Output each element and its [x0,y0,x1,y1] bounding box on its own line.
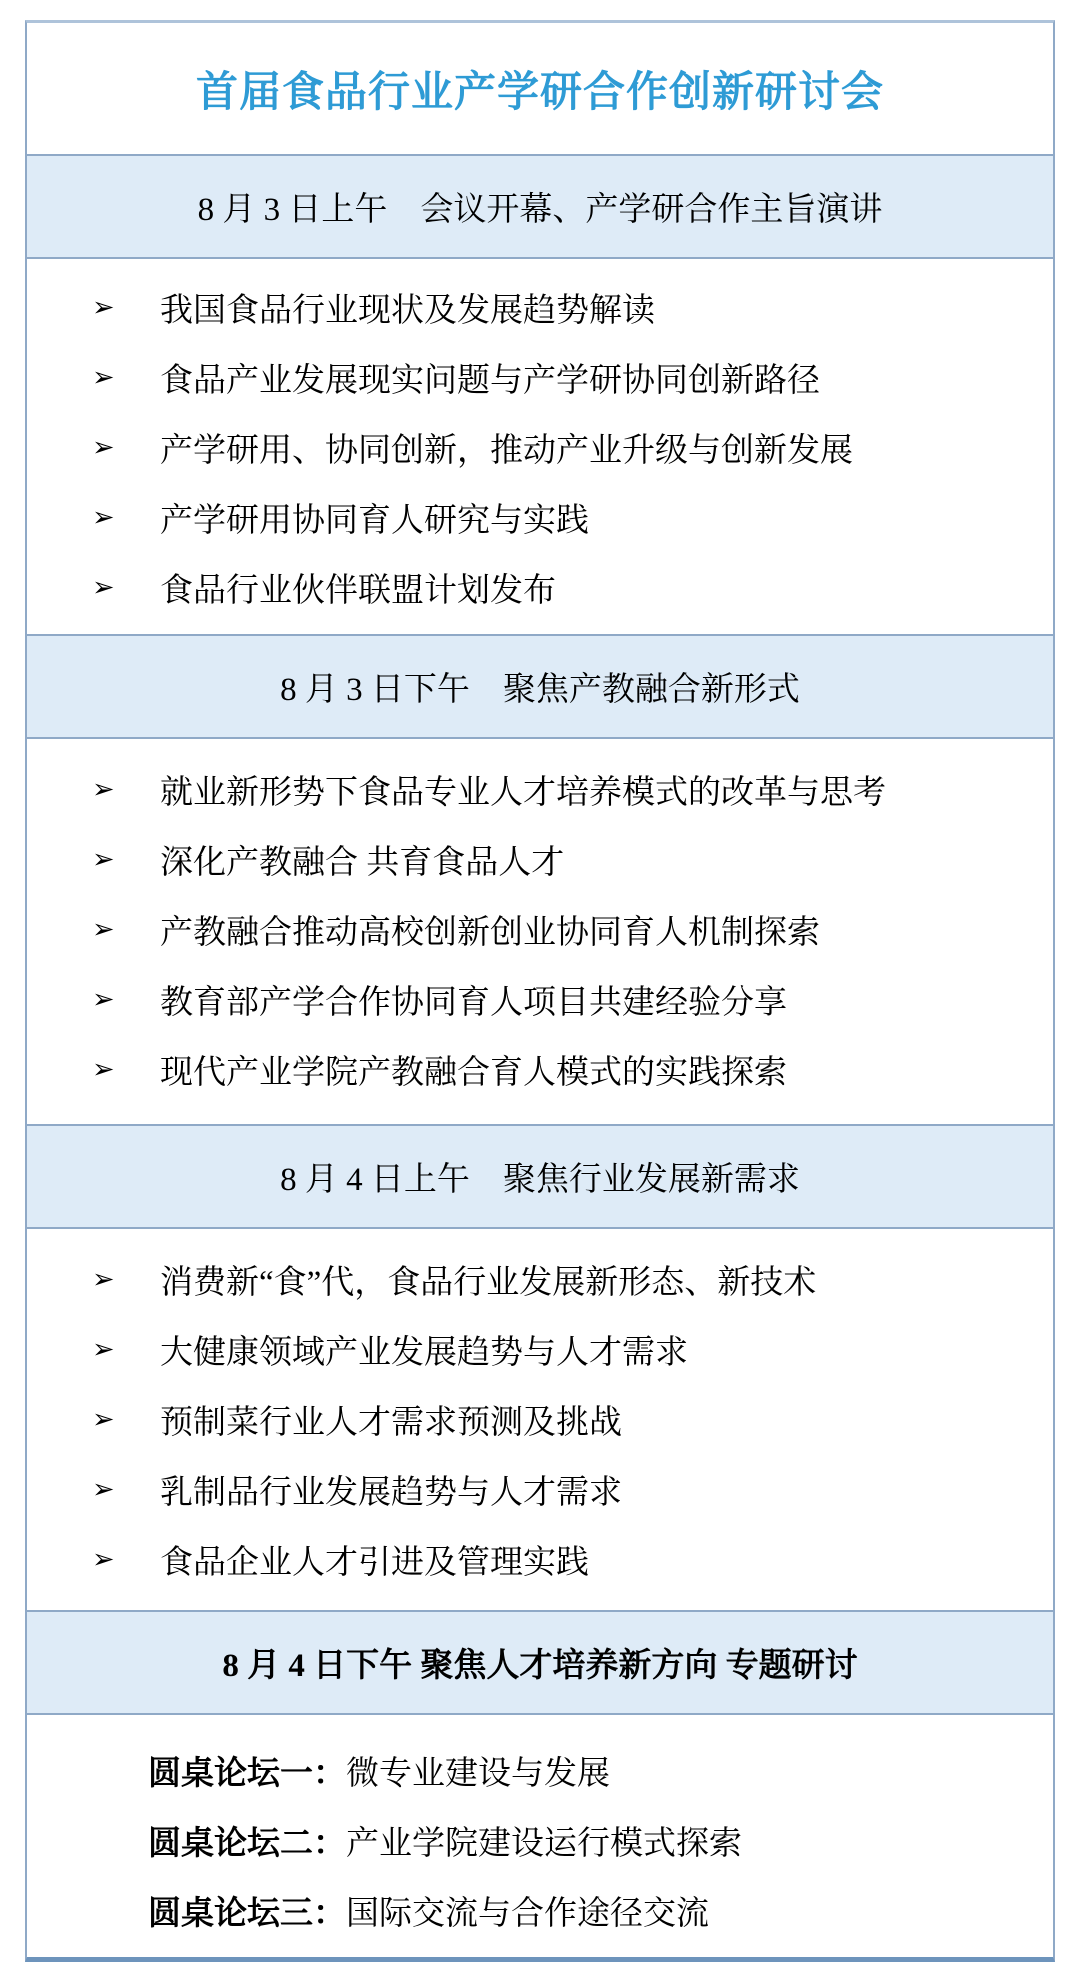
session-header-morning-aug4: 8 月 4 日上午 聚焦行业发展新需求 [27,1124,1053,1227]
arrowhead-bullet-icon: ➢ [92,1544,160,1575]
agenda-item: ➢现代产业学院产教融合育人模式的实践探索 [27,1034,1053,1104]
agenda-item: ➢就业新形势下食品专业人才培养模式的改革与思考 [27,754,1053,824]
agenda-item: ➢乳制品行业发展趋势与人才需求 [27,1454,1053,1524]
arrowhead-bullet-icon: ➢ [92,502,160,533]
forum-topic: 微专业建设与发展 [346,1747,610,1794]
agenda-item: ➢产学研用协同育人研究与实践 [27,482,1053,552]
agenda-item-text: 深化产教融合 共育食品人才 [160,836,564,883]
arrowhead-bullet-icon: ➢ [92,362,160,393]
session-header-morning-aug3: 8 月 3 日上午 会议开幕、产学研合作主旨演讲 [27,154,1053,257]
forum-item: 圆桌论坛一：微专业建设与发展 [27,1735,1053,1805]
arrowhead-bullet-icon: ➢ [92,914,160,945]
arrowhead-bullet-icon: ➢ [92,984,160,1015]
forum-item: 圆桌论坛三：国际交流与合作途径交流 [27,1875,1053,1945]
forum-list-aug4-afternoon: 圆桌论坛一：微专业建设与发展 圆桌论坛二：产业学院建设运行模式探索 圆桌论坛三：… [27,1713,1053,1957]
forum-label: 圆桌论坛三： [148,1887,346,1934]
agenda-item-text: 我国食品行业现状及发展趋势解读 [160,284,655,331]
agenda-item-text: 产教融合推动高校创新创业协同育人机制探索 [160,906,820,953]
agenda-item-text: 现代产业学院产教融合育人模式的实践探索 [160,1046,787,1093]
arrowhead-bullet-icon: ➢ [92,1334,160,1365]
arrowhead-bullet-icon: ➢ [92,432,160,463]
arrowhead-bullet-icon: ➢ [92,1474,160,1505]
arrowhead-bullet-icon: ➢ [92,774,160,805]
agenda-item: ➢食品企业人才引进及管理实践 [27,1524,1053,1594]
agenda-item-text: 就业新形势下食品专业人才培养模式的改革与思考 [160,766,886,813]
agenda-item: ➢大健康领域产业发展趋势与人才需求 [27,1314,1053,1384]
agenda-list-aug3-morning: ➢我国食品行业现状及发展趋势解读 ➢食品产业发展现实问题与产学研协同创新路径 ➢… [27,257,1053,634]
arrowhead-bullet-icon: ➢ [92,844,160,875]
agenda-item: ➢深化产教融合 共育食品人才 [27,824,1053,894]
agenda-item: ➢消费新“食”代，食品行业发展新形态、新技术 [27,1244,1053,1314]
agenda-item-text: 食品企业人才引进及管理实践 [160,1536,589,1583]
agenda-item: ➢教育部产学合作协同育人项目共建经验分享 [27,964,1053,1034]
agenda-item: ➢产教融合推动高校创新创业协同育人机制探索 [27,894,1053,964]
agenda-item-text: 产学研用、协同创新，推动产业升级与创新发展 [160,424,853,471]
forum-topic: 国际交流与合作途径交流 [346,1887,709,1934]
agenda-item: ➢产学研用、协同创新，推动产业升级与创新发展 [27,412,1053,482]
arrowhead-bullet-icon: ➢ [92,292,160,323]
forum-label: 圆桌论坛二： [148,1817,346,1864]
arrowhead-bullet-icon: ➢ [92,572,160,603]
agenda-item-text: 乳制品行业发展趋势与人才需求 [160,1466,622,1513]
arrowhead-bullet-icon: ➢ [92,1404,160,1435]
forum-item: 圆桌论坛二：产业学院建设运行模式探索 [27,1805,1053,1875]
agenda-item: ➢预制菜行业人才需求预测及挑战 [27,1384,1053,1454]
agenda-table: 首届食品行业产学研合作创新研讨会 8 月 3 日上午 会议开幕、产学研合作主旨演… [25,20,1055,1962]
agenda-item-text: 食品产业发展现实问题与产学研协同创新路径 [160,354,820,401]
agenda-item: ➢食品产业发展现实问题与产学研协同创新路径 [27,342,1053,412]
agenda-list-aug3-afternoon: ➢就业新形势下食品专业人才培养模式的改革与思考 ➢深化产教融合 共育食品人才 ➢… [27,737,1053,1124]
agenda-item-text: 大健康领域产业发展趋势与人才需求 [160,1326,688,1373]
session-header-afternoon-aug3: 8 月 3 日下午 聚焦产教融合新形式 [27,634,1053,737]
arrowhead-bullet-icon: ➢ [92,1264,160,1295]
agenda-item-text: 预制菜行业人才需求预测及挑战 [160,1396,622,1443]
document-page: 首届食品行业产学研合作创新研讨会 8 月 3 日上午 会议开幕、产学研合作主旨演… [0,0,1080,1976]
arrowhead-bullet-icon: ➢ [92,1054,160,1085]
forum-topic: 产业学院建设运行模式探索 [346,1817,742,1864]
agenda-item-text: 教育部产学合作协同育人项目共建经验分享 [160,976,787,1023]
agenda-item-text: 产学研用协同育人研究与实践 [160,494,589,541]
agenda-item-text: 食品行业伙伴联盟计划发布 [160,564,556,611]
title-row: 首届食品行业产学研合作创新研讨会 [27,23,1053,154]
forum-label: 圆桌论坛一： [148,1747,346,1794]
session-header-afternoon-aug4: 8 月 4 日下午 聚焦人才培养新方向 专题研讨 [27,1610,1053,1713]
agenda-item-text: 消费新“食”代，食品行业发展新形态、新技术 [160,1256,816,1303]
agenda-item: ➢食品行业伙伴联盟计划发布 [27,552,1053,622]
agenda-list-aug4-morning: ➢消费新“食”代，食品行业发展新形态、新技术 ➢大健康领域产业发展趋势与人才需求… [27,1227,1053,1610]
page-title: 首届食品行业产学研合作创新研讨会 [196,59,884,119]
agenda-item: ➢我国食品行业现状及发展趋势解读 [27,272,1053,342]
